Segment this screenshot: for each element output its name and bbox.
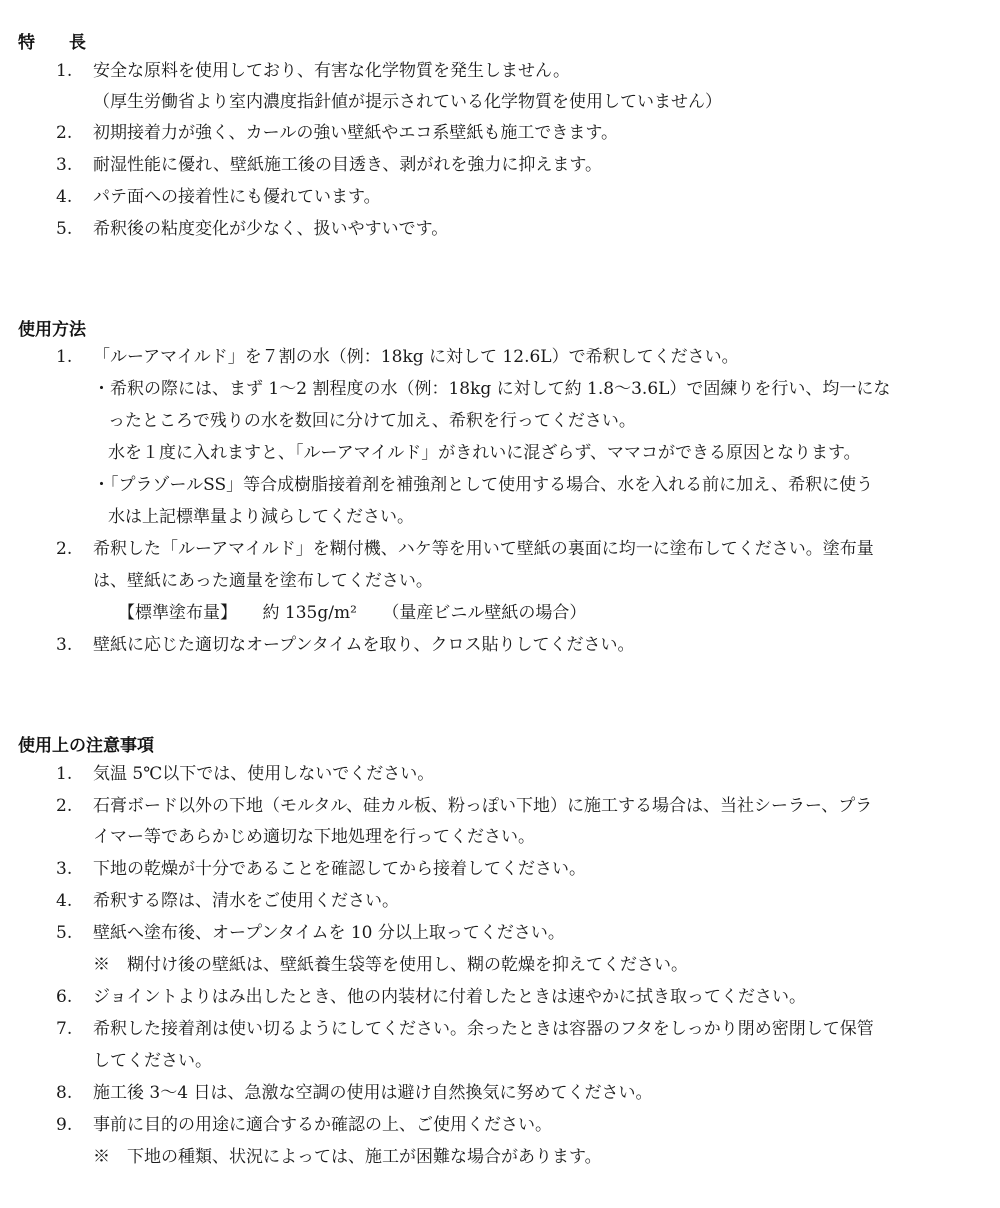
item-number: 4. bbox=[56, 890, 86, 912]
item-number: 2. bbox=[56, 795, 86, 817]
item-text: 初期接着力が強く、カールの強い壁紙やエコ系壁紙も施工できます。 bbox=[93, 122, 618, 144]
item-number: 2. bbox=[56, 538, 86, 560]
item-number: 9. bbox=[56, 1114, 86, 1136]
item-text: 施工後 3～4 日は、急激な空調の使用は避け自然換気に努めてください。 bbox=[93, 1082, 652, 1104]
bullet-text: 水は上記標準量より減らしてください。 bbox=[108, 506, 414, 528]
item-number: 2. bbox=[56, 122, 86, 144]
item-text: 希釈した接着剤は使い切るようにしてください。余ったときは容器のフタをしっかり閉め… bbox=[93, 1018, 874, 1040]
item-text: 壁紙へ塗布後、オープンタイムを 10 分以上取ってください。 bbox=[93, 922, 565, 944]
item-text: 壁紙に応じた適切なオープンタイムを取り、クロス貼りしてください。 bbox=[93, 634, 634, 656]
item-number: 7. bbox=[56, 1018, 86, 1040]
note-text: ※ 糊付け後の壁紙は、壁紙養生袋等を使用し、糊の乾燥を抑えてください。 bbox=[93, 954, 688, 976]
item-text: 安全な原料を使用しており、有害な化学物質を発生しません。 bbox=[93, 60, 570, 82]
item-text: 希釈後の粘度変化が少なく、扱いやすいです。 bbox=[93, 218, 448, 240]
item-text: ジョイントよりはみ出したとき、他の内装材に付着したときは速やかに拭き取ってくださ… bbox=[93, 986, 806, 1008]
item-text: は、壁紙にあった適量を塗布してください。 bbox=[93, 570, 433, 592]
item-number: 3. bbox=[56, 634, 86, 656]
item-number: 1. bbox=[56, 346, 86, 368]
usage-heading: 使用方法 bbox=[18, 315, 86, 340]
item-number: 3. bbox=[56, 858, 86, 880]
bullet-text: ったところで残りの水を数回に分けて加え、希釈を行ってください。 bbox=[108, 410, 636, 432]
item-number: 6. bbox=[56, 986, 86, 1008]
item-text: 耐湿性能に優れ、壁紙施工後の目透き、剥がれを強力に抑えます。 bbox=[93, 154, 602, 176]
bullet-text: 水を１度に入れますと、「ルーアマイルド」がきれいに混ざらず、ママコができる原因と… bbox=[108, 442, 861, 464]
item-number: 4. bbox=[56, 186, 86, 208]
item-number: 5. bbox=[56, 218, 86, 240]
item-number: 5. bbox=[56, 922, 86, 944]
bullet-text: ・希釈の際には、まず 1～2 割程度の水（例：18kg に対して約 1.8～3.… bbox=[93, 378, 890, 400]
item-text: 下地の乾燥が十分であることを確認してから接着してください。 bbox=[93, 858, 586, 880]
item-number: 1. bbox=[56, 60, 86, 82]
item-text: 希釈する際は、清水をご使用ください。 bbox=[93, 890, 399, 912]
item-text: 事前に目的の用途に適合するか確認の上、ご使用ください。 bbox=[93, 1114, 552, 1136]
item-text: 「ルーアマイルド」を７割の水（例：18kg に対して 12.6L）で希釈してくだ… bbox=[93, 346, 739, 368]
item-number: 8. bbox=[56, 1082, 86, 1104]
item-text: 気温 5℃以下では、使用しないでください。 bbox=[93, 763, 434, 785]
item-number: 3. bbox=[56, 154, 86, 176]
item-note: （厚生労働省より室内濃度指針値が提示されている化学物質を使用していません） bbox=[93, 91, 722, 113]
item-text: イマー等であらかじめ適切な下地処理を行ってください。 bbox=[93, 826, 535, 848]
coverage-text: 【標準塗布量】 約 135g/m² （量産ビニル壁紙の場合） bbox=[118, 602, 586, 624]
item-text: してください。 bbox=[93, 1050, 212, 1072]
item-text: 希釈した「ルーアマイルド」を糊付機、ハケ等を用いて壁紙の裏面に均一に塗布してくだ… bbox=[93, 538, 874, 560]
precautions-heading: 使用上の注意事項 bbox=[18, 731, 154, 756]
document-page: 特 長 1. 安全な原料を使用しており、有害な化学物質を発生しません。 （厚生労… bbox=[0, 0, 1000, 1208]
bullet-text: ・「プラゾールSS」等合成樹脂接着剤を補強剤として使用する場合、水を入れる前に加… bbox=[93, 474, 873, 496]
item-number: 1. bbox=[56, 763, 86, 785]
note-text: ※ 下地の種類、状況によっては、施工が困難な場合があります。 bbox=[93, 1146, 602, 1168]
features-heading: 特 長 bbox=[18, 28, 86, 53]
item-text: 石膏ボード以外の下地（モルタル、硅カル板、粉っぽい下地）に施工する場合は、当社シ… bbox=[93, 795, 872, 817]
item-text: パテ面への接着性にも優れています。 bbox=[93, 186, 381, 208]
